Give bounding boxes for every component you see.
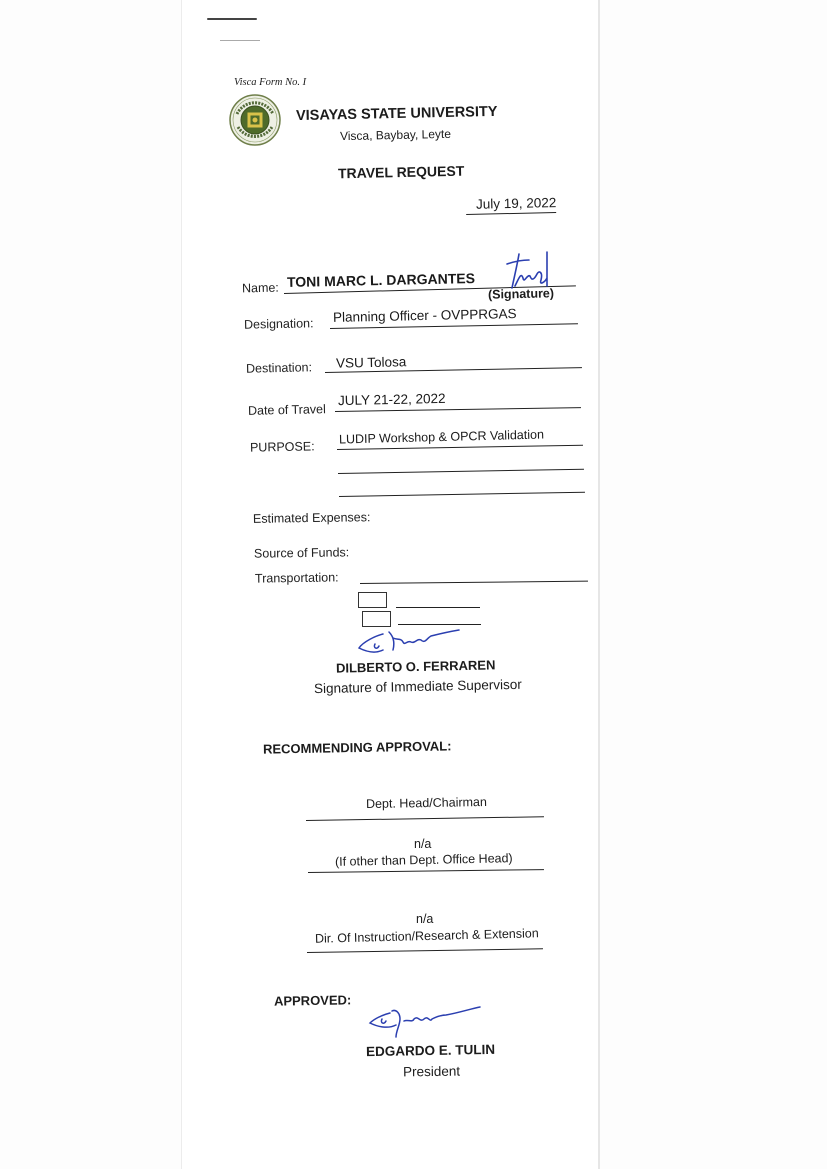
form-title: TRAVEL REQUEST (338, 163, 465, 182)
transportation-option-2-line (398, 624, 481, 625)
request-date: July 19, 2022 (466, 195, 557, 215)
president-name: EDGARDO E. TULIN (366, 1042, 495, 1059)
dept-head-caption: Dept. Head/Chairman (366, 795, 487, 811)
name-label: Name: (242, 281, 279, 296)
president-signature (366, 1005, 486, 1045)
applicant-signature (503, 248, 553, 292)
institution-address: Visca, Baybay, Leyte (340, 127, 451, 143)
destination-label: Destination: (246, 360, 312, 375)
transportation-option-1-line (396, 607, 480, 608)
director-value: n/a (416, 912, 433, 926)
other-head-value: n/a (414, 837, 431, 851)
university-seal-icon (229, 94, 281, 146)
president-title: President (403, 1064, 460, 1080)
transportation-checkbox-2[interactable] (362, 611, 391, 627)
scan-artifact (220, 40, 260, 41)
designation-label: Designation: (244, 316, 314, 331)
approved-heading: APPROVED: (274, 992, 352, 1008)
transportation-checkbox-1[interactable] (358, 592, 387, 608)
purpose-label: PURPOSE: (250, 439, 315, 454)
destination-value: VSU Tolosa (336, 354, 407, 370)
scan-artifact (207, 18, 257, 20)
form-number: Visca Form No. I (234, 77, 306, 88)
transportation-label: Transportation: (255, 570, 339, 585)
date-of-travel-value: JULY 21-22, 2022 (338, 391, 446, 408)
source-of-funds-label: Source of Funds: (254, 545, 349, 560)
date-of-travel-label: Date of Travel (248, 402, 326, 418)
signature-caption: (Signature) (488, 286, 554, 301)
estimated-expenses-label: Estimated Expenses: (253, 510, 371, 526)
